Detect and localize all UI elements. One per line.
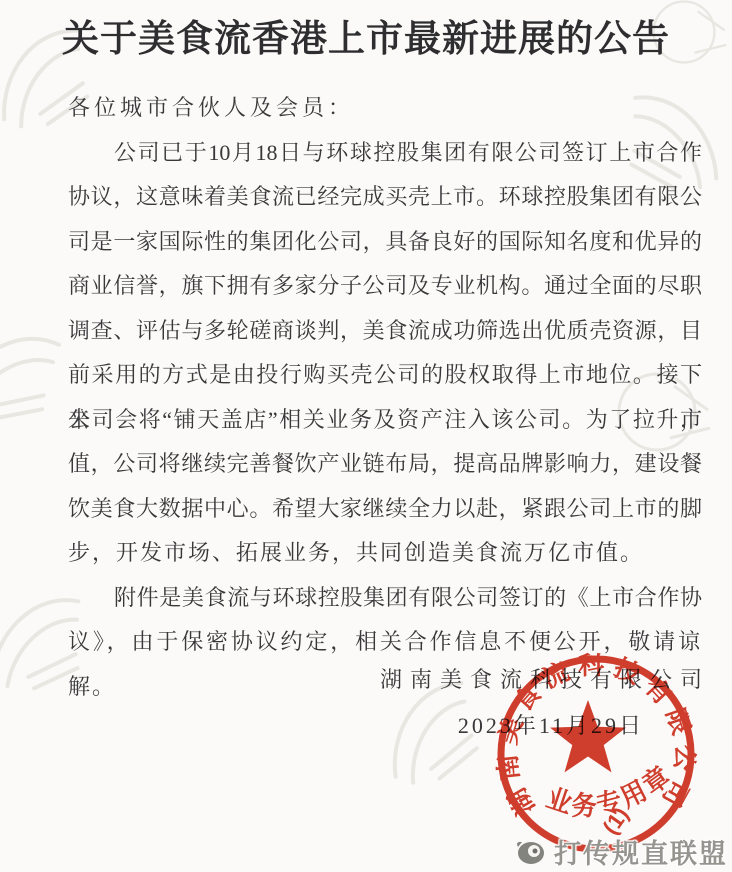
greeting-line: 各位城市合伙人及会员：	[68, 86, 702, 131]
body-line: 公司会将“铺天盖店”相关业务及资产注入该公司。为了拉升市	[68, 398, 702, 443]
body-line: 议》，由于保密协议约定，相关合作信息不便公开，敬请谅解。	[68, 620, 702, 665]
signature-date: 2023年11月29日	[458, 706, 644, 746]
signature-company: 湖南美食流科技有限公司	[380, 660, 710, 700]
body-line: 协议，这意味着美食流已经完成买壳上市。环球控股集团有限公	[68, 175, 702, 220]
footer-watermark-text: 打传规直联盟	[554, 832, 728, 871]
body-line: 步，开发市场、拓展业务，共同创造美食流万亿市值。	[68, 531, 702, 576]
body-line: 商业信誉，旗下拥有多家分子公司及专业机构。通过全面的尽职	[68, 264, 702, 309]
svg-text:业务专用章: 业务专用章	[543, 759, 678, 822]
body-line: 附件是美食流与环球控股集团有限公司签订的《上市合作协	[68, 576, 702, 621]
body-line: 前采用的方式是由投行购买壳公司的股权取得上市地位。接下来，	[68, 353, 702, 398]
announcement-document: 关于美食流香港上市最新进展的公告 各位城市合伙人及会员： 公司已于10月18日与…	[0, 0, 732, 872]
body-line: 司是一家国际性的集团化公司，具备良好的国际知名度和优异的	[68, 220, 702, 265]
paragraph-1: 公司已于10月18日与环球控股集团有限公司签订上市合作 协议，这意味着美食流已经…	[68, 131, 702, 576]
seal-banner-text: 业务专用章	[543, 759, 678, 822]
paragraph-2: 附件是美食流与环球控股集团有限公司签订的《上市合作协 议》，由于保密协议约定，相…	[68, 576, 702, 665]
document-body: 各位城市合伙人及会员： 公司已于10月18日与环球控股集团有限公司签订上市合作 …	[68, 86, 702, 665]
body-line: 饮美食大数据中心。希望大家继续全力以赴，紧跟公司上市的脚	[68, 487, 702, 532]
body-line: 调查、评估与多轮磋商谈判，美食流成功筛选出优质壳资源，目	[68, 309, 702, 354]
body-line: 公司已于10月18日与环球控股集团有限公司签订上市合作	[68, 131, 702, 176]
footer-watermark: 打传规直联盟	[514, 832, 728, 871]
body-line: 值，公司将继续完善餐饮产业链布局，提高品牌影响力，建设餐	[68, 442, 702, 487]
page-title: 关于美食流香港上市最新进展的公告	[0, 8, 732, 62]
alliance-logo-icon	[514, 837, 548, 867]
